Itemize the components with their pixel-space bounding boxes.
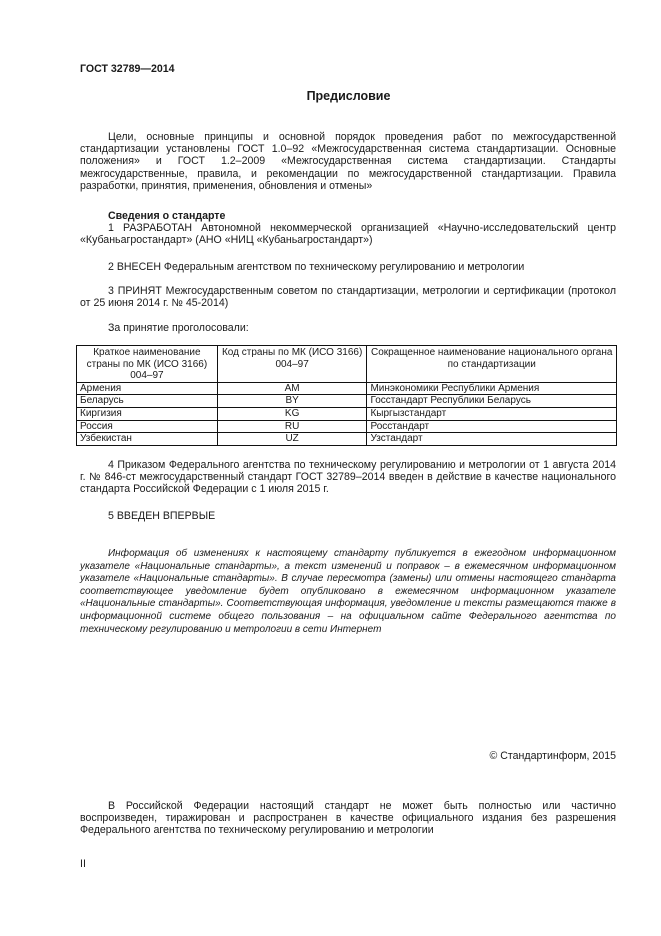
item-4-text: 4 Приказом Федерального агентства по тех… [80,459,616,496]
copyright-notice: © Стандартинформ, 2015 [490,750,616,762]
reproduction-notice: В Российской Федерации настоящий стандар… [80,800,616,837]
info-heading: Сведения о стандарте [108,210,225,222]
country-code: BY [217,395,367,408]
header-country-name: Краткое наименование страны по МК (ИСО 3… [77,346,218,383]
header-country-code: Код страны по МК (ИСО 3166) 004–97 [217,346,367,383]
table-row: Россия RU Росстандарт [77,420,617,433]
change-notice: Информация об изменениях к настоящему ст… [80,548,616,636]
standards-body: Узстандарт [367,433,617,446]
item-2-submitted: 2 ВНЕСЕН Федеральным агентством по техни… [80,261,616,273]
voting-countries-table: Краткое наименование страны по МК (ИСО 3… [76,345,617,446]
document-code-header: ГОСТ 32789—2014 [80,63,175,75]
item-1-text: 1 РАЗРАБОТАН Автономной некоммерческой о… [80,222,616,246]
item-1-developed: 1 РАЗРАБОТАН Автономной некоммерческой о… [80,222,616,246]
table-row: Армения AM Минэкономики Республики Армен… [77,382,617,395]
country-name: Армения [77,382,218,395]
table-row: Киргизия KG Кыргызстандарт [77,407,617,420]
country-name: Узбекистан [77,433,218,446]
country-code: UZ [217,433,367,446]
item-5-first-introduced: 5 ВВЕДЕН ВПЕРВЫЕ [108,510,215,522]
page-title: Предисловие [0,90,661,102]
intro-text: Цели, основные принципы и основной поряд… [80,131,616,192]
intro-paragraph: Цели, основные принципы и основной поряд… [80,131,616,192]
table-row: Беларусь BY Госстандарт Республики Белар… [77,395,617,408]
item-3-text: 3 ПРИНЯТ Межгосударственным советом по с… [80,285,616,309]
item-4-order: 4 Приказом Федерального агентства по тех… [80,459,616,496]
country-code: KG [217,407,367,420]
item-3-adopted: 3 ПРИНЯТ Межгосударственным советом по с… [80,285,616,309]
page-number: II [80,858,86,870]
table-row: Узбекистан UZ Узстандарт [77,433,617,446]
standards-body: Росстандарт [367,420,617,433]
standards-body: Госстандарт Республики Беларусь [367,395,617,408]
header-standards-body: Сокращенное наименование национального о… [367,346,617,383]
standards-body: Кыргызстандарт [367,407,617,420]
country-name: Беларусь [77,395,218,408]
table-header-row: Краткое наименование страны по МК (ИСО 3… [77,346,617,383]
item-2-text: 2 ВНЕСЕН Федеральным агентством по техни… [80,261,616,273]
voted-label: За принятие проголосовали: [108,322,249,334]
country-code: RU [217,420,367,433]
country-name: Киргизия [77,407,218,420]
change-notice-text: Информация об изменениях к настоящему ст… [80,548,616,636]
standards-body: Минэкономики Республики Армения [367,382,617,395]
reproduction-notice-text: В Российской Федерации настоящий стандар… [80,800,616,837]
country-code: AM [217,382,367,395]
country-name: Россия [77,420,218,433]
